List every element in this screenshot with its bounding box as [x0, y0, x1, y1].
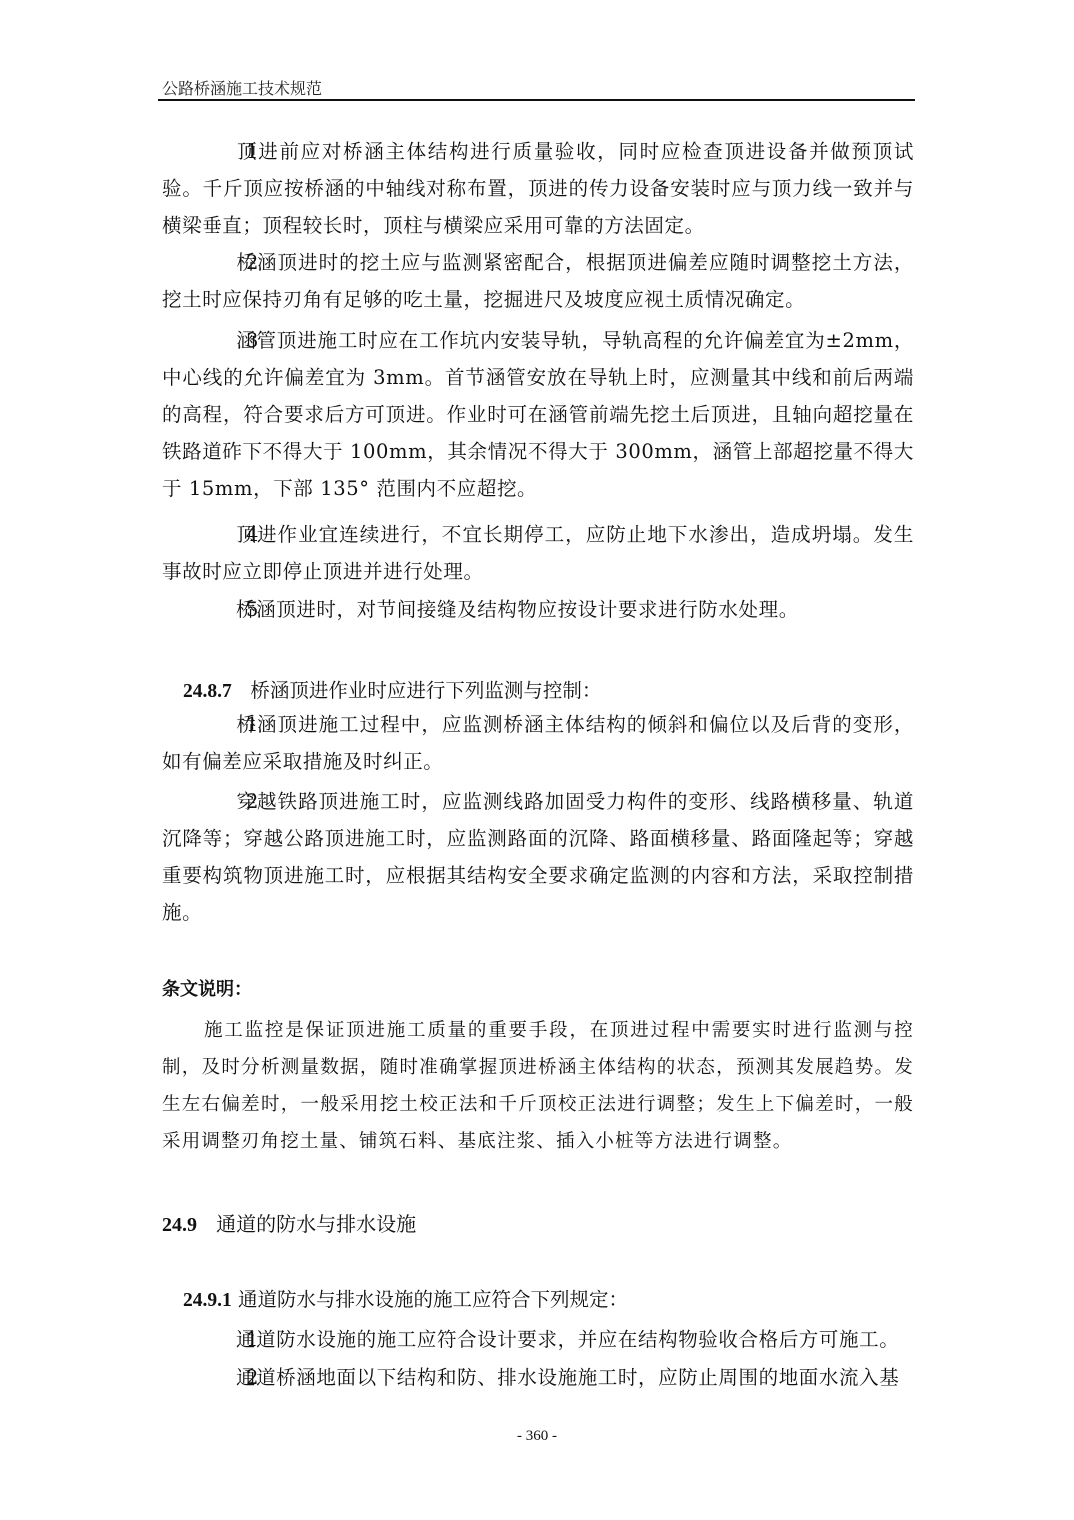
item-number: 5 [204, 591, 236, 628]
item-text: 桥涵顶进施工过程中，应监测桥涵主体结构的倾斜和偏位以及后背的变形，如有偏差应采取… [162, 713, 914, 773]
item-4: 4顶进作业宜连续进行，不宜长期停工，应防止地下水渗出，造成坍塌。发生事故时应立即… [162, 516, 914, 590]
clause-24-8-7-heading: 24.8.7 桥涵顶进作业时应进行下列监测与控制： [183, 675, 601, 703]
section-24-9-heading: 24.9 通道的防水与排水设施 [162, 1208, 416, 1237]
clause-24-8-7-item-2: 2穿越铁路顶进施工时，应监测线路加固受力构件的变形、线路横移量、轨道沉降等；穿越… [162, 783, 914, 931]
clause-title: 桥涵顶进作业时应进行下列监测与控制： [250, 679, 601, 702]
item-5: 5桥涵顶进时，对节间接缝及结构物应按设计要求进行防水处理。 [162, 591, 914, 628]
item-text: 桥涵顶进时的挖土应与监测紧密配合，根据顶进偏差应随时调整挖土方法，挖土时应保持刃… [162, 251, 914, 311]
item-number: 1 [204, 133, 236, 170]
item-text: 穿越铁路顶进施工时，应监测线路加固受力构件的变形、线路横移量、轨道沉降等；穿越公… [162, 790, 914, 924]
item-number: 2 [204, 783, 236, 820]
item-text: 桥涵顶进时，对节间接缝及结构物应按设计要求进行防水处理。 [236, 598, 799, 621]
clause-24-9-1-item-1: 1通道防水设施的施工应符合设计要求，并应在结构物验收合格后方可施工。 [162, 1321, 914, 1358]
item-text: 通道防水设施的施工应符合设计要求，并应在结构物验收合格后方可施工。 [236, 1328, 899, 1351]
item-number: 1 [204, 1321, 236, 1358]
clause-title: 通道防水与排水设施的施工应符合下列规定： [238, 1288, 628, 1311]
explanation-text: 施工监控是保证顶进施工质量的重要手段，在顶进过程中需要实时进行监测与控制，及时分… [162, 1012, 914, 1160]
item-number: 1 [204, 706, 236, 743]
item-number: 2 [204, 244, 236, 281]
item-number: 3 [204, 322, 236, 359]
explanation-heading: 条文说明： [162, 975, 252, 1001]
item-text: 涵管顶进施工时应在工作坑内安装导轨，导轨高程的允许偏差宜为±2mm，中心线的允许… [162, 329, 914, 500]
item-1: 1顶进前应对桥涵主体结构进行质量验收，同时应检查顶进设备并做预顶试验。千斤顶应按… [162, 133, 914, 244]
header-title: 公路桥涵施工技术规范 [162, 76, 322, 99]
item-number: 4 [204, 516, 236, 553]
item-text: 顶进作业宜连续进行，不宜长期停工，应防止地下水渗出，造成坍塌。发生事故时应立即停… [162, 523, 914, 583]
clause-24-8-7-item-1: 1桥涵顶进施工过程中，应监测桥涵主体结构的倾斜和偏位以及后背的变形，如有偏差应采… [162, 706, 914, 780]
item-text: 顶进前应对桥涵主体结构进行质量验收，同时应检查顶进设备并做预顶试验。千斤顶应按桥… [162, 140, 914, 237]
clause-24-9-1-heading: 24.9.1 通道防水与排水设施的施工应符合下列规定： [183, 1284, 628, 1312]
item-3: 3涵管顶进施工时应在工作坑内安装导轨，导轨高程的允许偏差宜为±2mm，中心线的允… [162, 322, 914, 507]
clause-number: 24.8.7 [183, 681, 232, 702]
page-number: - 360 - [0, 1428, 1074, 1445]
header-rule [158, 99, 915, 101]
clause-number: 24.9.1 [183, 1290, 232, 1311]
section-title: 通道的防水与排水设施 [216, 1212, 416, 1236]
item-number: 2 [204, 1359, 236, 1396]
item-text: 通道桥涵地面以下结构和防、排水设施施工时，应防止周围的地面水流入基 [236, 1366, 899, 1389]
section-number: 24.9 [162, 1214, 197, 1236]
item-2: 2桥涵顶进时的挖土应与监测紧密配合，根据顶进偏差应随时调整挖土方法，挖土时应保持… [162, 244, 914, 318]
clause-24-9-1-item-2: 2通道桥涵地面以下结构和防、排水设施施工时，应防止周围的地面水流入基 [162, 1359, 914, 1396]
